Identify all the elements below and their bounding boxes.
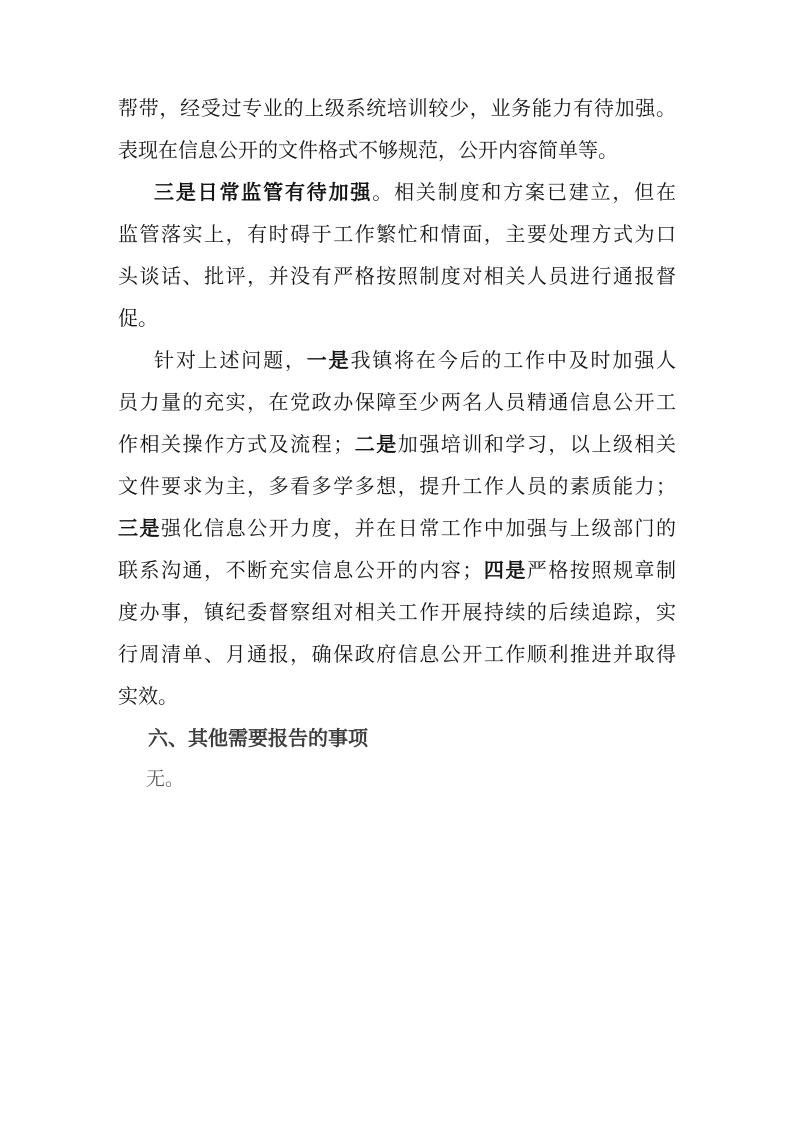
bold-run: 二是: [353, 434, 398, 456]
text-line: 帮带，经受过专业的上级系统培训较少，业务能力有待加强。: [118, 88, 676, 130]
text-line: 监管落实上，有时碍于工作繁忙和情面，主要处理方式为口: [118, 214, 676, 256]
document-content: 帮带，经受过专业的上级系统培训较少，业务能力有待加强。表现在信息公开的文件格式不…: [118, 88, 676, 800]
text-run: 作相关操作方式及流程；: [118, 434, 353, 456]
text-line: 三是日常监管有待加强。相关制度和方案已建立，但在: [118, 172, 676, 214]
text-line: 文件要求为主，多看多学多想，提升工作人员的素质能力；: [118, 466, 676, 508]
text-line: 行周清单、月通报，确保政府信息公开工作顺利推进并取得: [118, 634, 676, 676]
text-run: 我镇将在今后的工作中及时加强人: [350, 350, 676, 372]
document-page: 帮带，经受过专业的上级系统培训较少，业务能力有待加强。表现在信息公开的文件格式不…: [0, 0, 793, 1122]
text-run: 针对上述问题，: [154, 350, 307, 372]
text-run: 联系沟通，不断充实信息公开的内容；: [118, 560, 482, 582]
text-run: 强化信息公开力度，并在日常工作中加强与上级部门的: [161, 518, 676, 540]
section-heading: 六、其他需要报告的事项: [118, 718, 676, 760]
bold-run: 四是: [482, 560, 527, 582]
text-run: 表现在信息公开的文件格式不够规范，公开内容简单等。: [118, 140, 618, 162]
text-run: 加强培训和学习，以上级相关: [398, 434, 676, 456]
text-line: 针对上述问题，一是我镇将在今后的工作中及时加强人: [118, 340, 676, 382]
text-run: 监管落实上，有时碍于工作繁忙和情面，主要处理方式为口: [118, 224, 676, 246]
text-line: 员力量的充实，在党政办保障至少两名人员精通信息公开工: [118, 382, 676, 424]
text-run: 严格按照规章制: [527, 560, 676, 582]
text-run: 员力量的充实，在党政办保障至少两名人员精通信息公开工: [118, 392, 676, 414]
text-line: 作相关操作方式及流程；二是加强培训和学习，以上级相关: [118, 424, 676, 466]
section-body-text: 无。: [118, 760, 676, 800]
text-run: 头谈话、批评，并没有严格按照制度对相关人员进行通报督: [118, 266, 676, 288]
text-run: 促。: [118, 308, 158, 330]
bold-run: 三是: [118, 518, 161, 540]
text-run: 度办事，镇纪委督察组对相关工作开展持续的后续追踪，实: [118, 602, 676, 624]
bold-run: 三是日常监管有待加强: [154, 182, 372, 204]
text-run: 文件要求为主，多看多学多想，提升工作人员的素质能力；: [118, 476, 676, 498]
text-run: 帮带，经受过专业的上级系统培训较少，业务能力有待加强。: [118, 98, 676, 120]
text-line: 实效。: [118, 676, 676, 718]
text-run: 。相关制度和方案已建立，但在: [372, 182, 676, 204]
text-line: 三是强化信息公开力度，并在日常工作中加强与上级部门的: [118, 508, 676, 550]
text-line: 头谈话、批评，并没有严格按照制度对相关人员进行通报督: [118, 256, 676, 298]
text-line: 联系沟通，不断充实信息公开的内容；四是严格按照规章制: [118, 550, 676, 592]
bold-run: 一是: [307, 350, 351, 372]
text-run: 行周清单、月通报，确保政府信息公开工作顺利推进并取得: [118, 644, 676, 666]
text-run: 实效。: [118, 686, 178, 708]
text-line: 表现在信息公开的文件格式不够规范，公开内容简单等。: [118, 130, 676, 172]
text-line: 促。: [118, 298, 676, 340]
text-line: 度办事，镇纪委督察组对相关工作开展持续的后续追踪，实: [118, 592, 676, 634]
